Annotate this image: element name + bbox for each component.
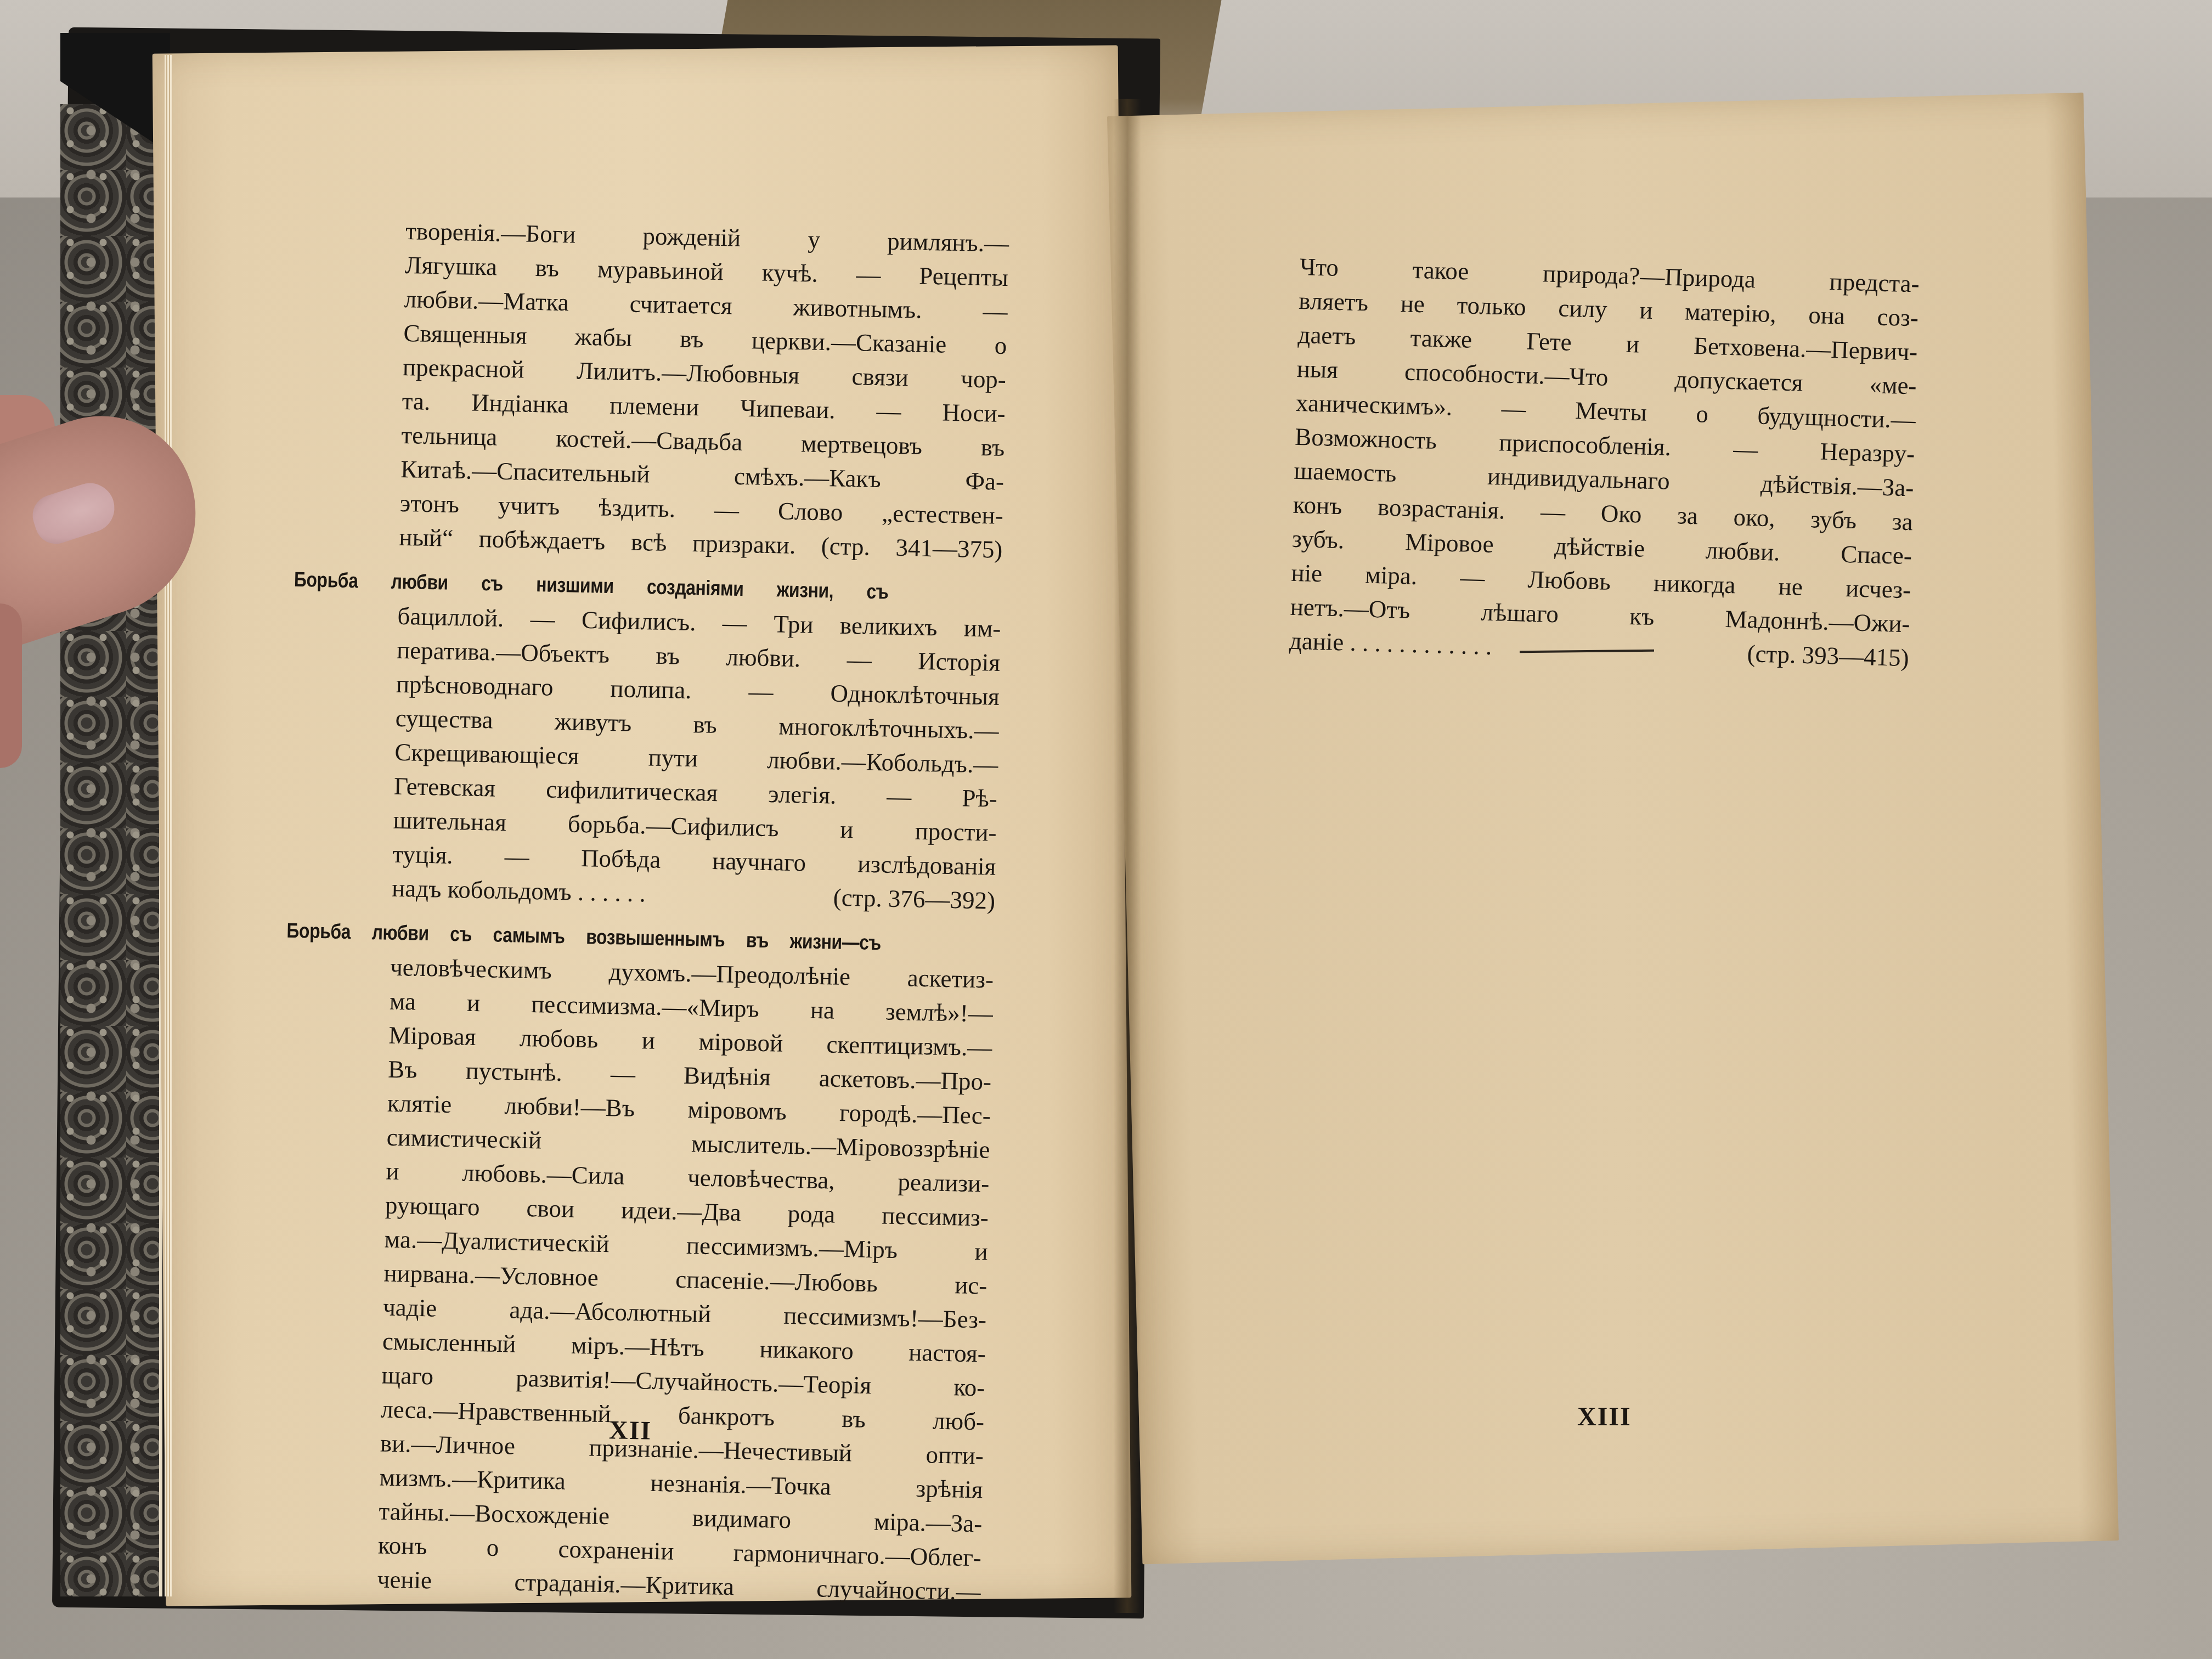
- page-edges: [165, 55, 172, 1596]
- page-number: XII: [609, 1415, 652, 1446]
- left-page-text: творенія.—Боги рожденій у римлянъ.— Лягу…: [377, 214, 1009, 1609]
- page-number: XIII: [1577, 1402, 1632, 1432]
- text-line: надъ кобольдомъ . . . . . .: [392, 871, 646, 911]
- finger: [0, 603, 22, 768]
- right-page-text: Что такое природа?—Природа предста- вляе…: [1289, 250, 1920, 675]
- marbled-binding: [60, 104, 162, 1596]
- book-gutter: [1114, 99, 1141, 1613]
- page-reference: (стр. 393—415): [1747, 636, 1910, 675]
- photo-scene: творенія.—Боги рожденій у римлянъ.— Лягу…: [0, 0, 2212, 1659]
- page-reference: (стр. 376—392): [833, 881, 995, 918]
- text-line: даніе . . . . . . . . . . . .: [1289, 624, 1492, 663]
